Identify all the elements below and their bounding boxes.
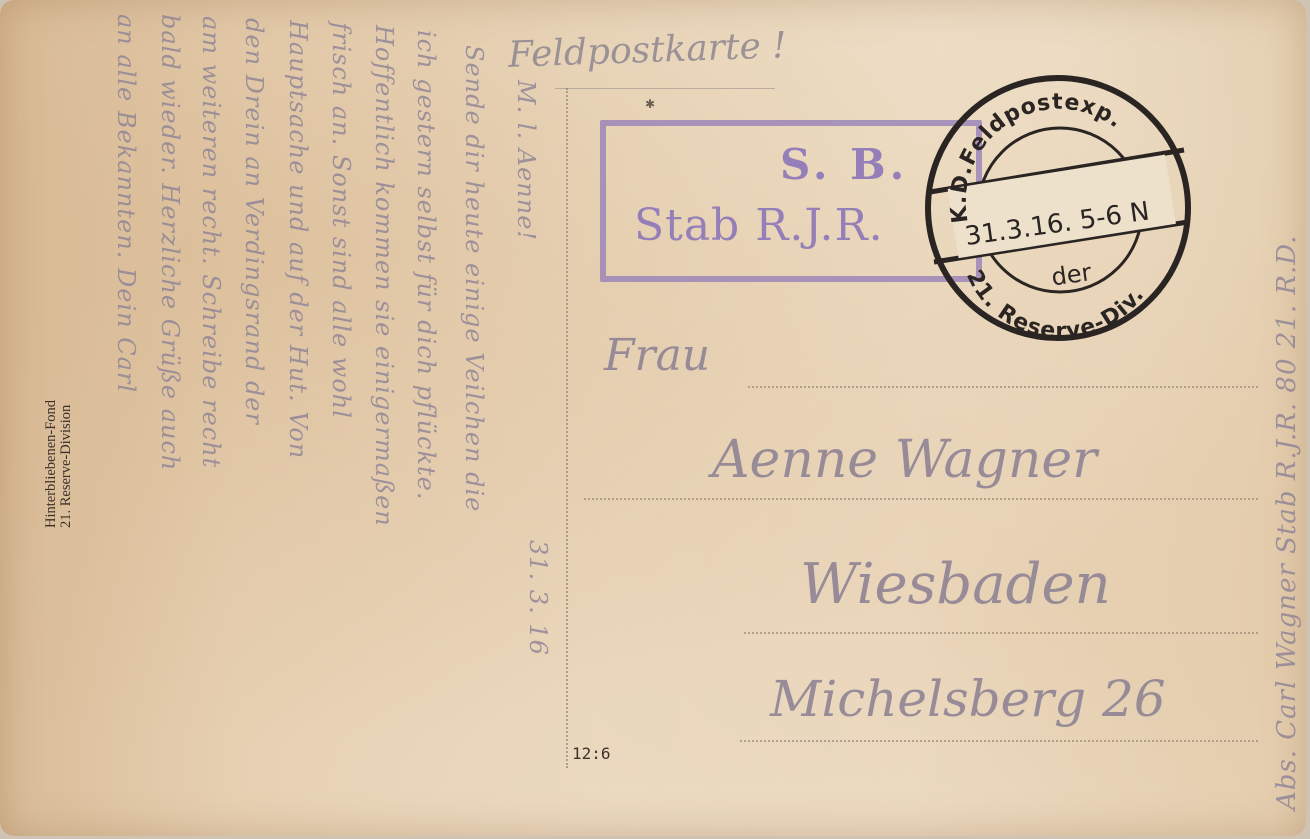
- address-line-2: [584, 498, 1258, 500]
- postmark-center-word: der: [1050, 258, 1094, 291]
- message-line-6: den Drein an Verdingsrand der: [240, 18, 268, 425]
- card-number: 12:6: [572, 744, 611, 763]
- address-name: Aenne Wagner: [712, 430, 1097, 490]
- message-line-2: ich gestern selbst für dich pflückte.: [412, 30, 440, 501]
- unit-stamp-line-2: Stab R.J.R.: [634, 200, 884, 251]
- message-line-9: an alle Bekannten. Dein Carl: [112, 14, 140, 393]
- postmark: K.D.Feldpostexp. 31.3.16. 5-6 N der 21. …: [922, 72, 1194, 344]
- message-line-7: am weiteren recht. Schreibe recht: [197, 16, 225, 468]
- header-underline: [555, 88, 775, 89]
- address-line-1: [748, 386, 1258, 388]
- message-line-8: bald wieder. Herzliche Grüße auch: [156, 14, 184, 471]
- message-date: 31. 3. 16: [524, 540, 552, 656]
- message-greeting: M. l. Aenne!: [512, 80, 540, 241]
- address-line-3: [744, 632, 1258, 634]
- address-line-4: [740, 740, 1258, 742]
- address-street: Michelsberg 26: [770, 670, 1166, 728]
- address-city: Wiesbaden: [800, 552, 1111, 617]
- card-divider: [566, 88, 568, 768]
- postcard: Feldpostkarte ! ✱ Hinterbliebenen-Fond 2…: [0, 0, 1306, 836]
- printed-publisher-text: Hinterbliebenen-Fond 21. Reserve-Divisio…: [44, 400, 74, 528]
- printed-line-2: 21. Reserve-Division: [59, 400, 74, 528]
- address-salutation: Frau: [604, 330, 710, 381]
- sender-margin-note: Abs. Carl Wagner Stab R.J.R. 80 21. R.D.: [1272, 235, 1302, 810]
- handwritten-header: Feldpostkarte !: [507, 25, 787, 76]
- message-line-4: frisch an. Sonst sind alle wohl: [327, 22, 355, 419]
- star-mark: ✱: [645, 97, 655, 111]
- message-line-3: Hoffentlich kommen sie einigermaßen: [370, 25, 398, 527]
- unit-stamp-line-1: S. B.: [780, 140, 908, 189]
- printed-line-1: Hinterbliebenen-Fond: [44, 400, 59, 528]
- message-line-5: Hauptsache und auf der Hut. Von: [284, 20, 312, 459]
- message-line-1: Sende dir heute einige Veilchen die: [460, 45, 488, 512]
